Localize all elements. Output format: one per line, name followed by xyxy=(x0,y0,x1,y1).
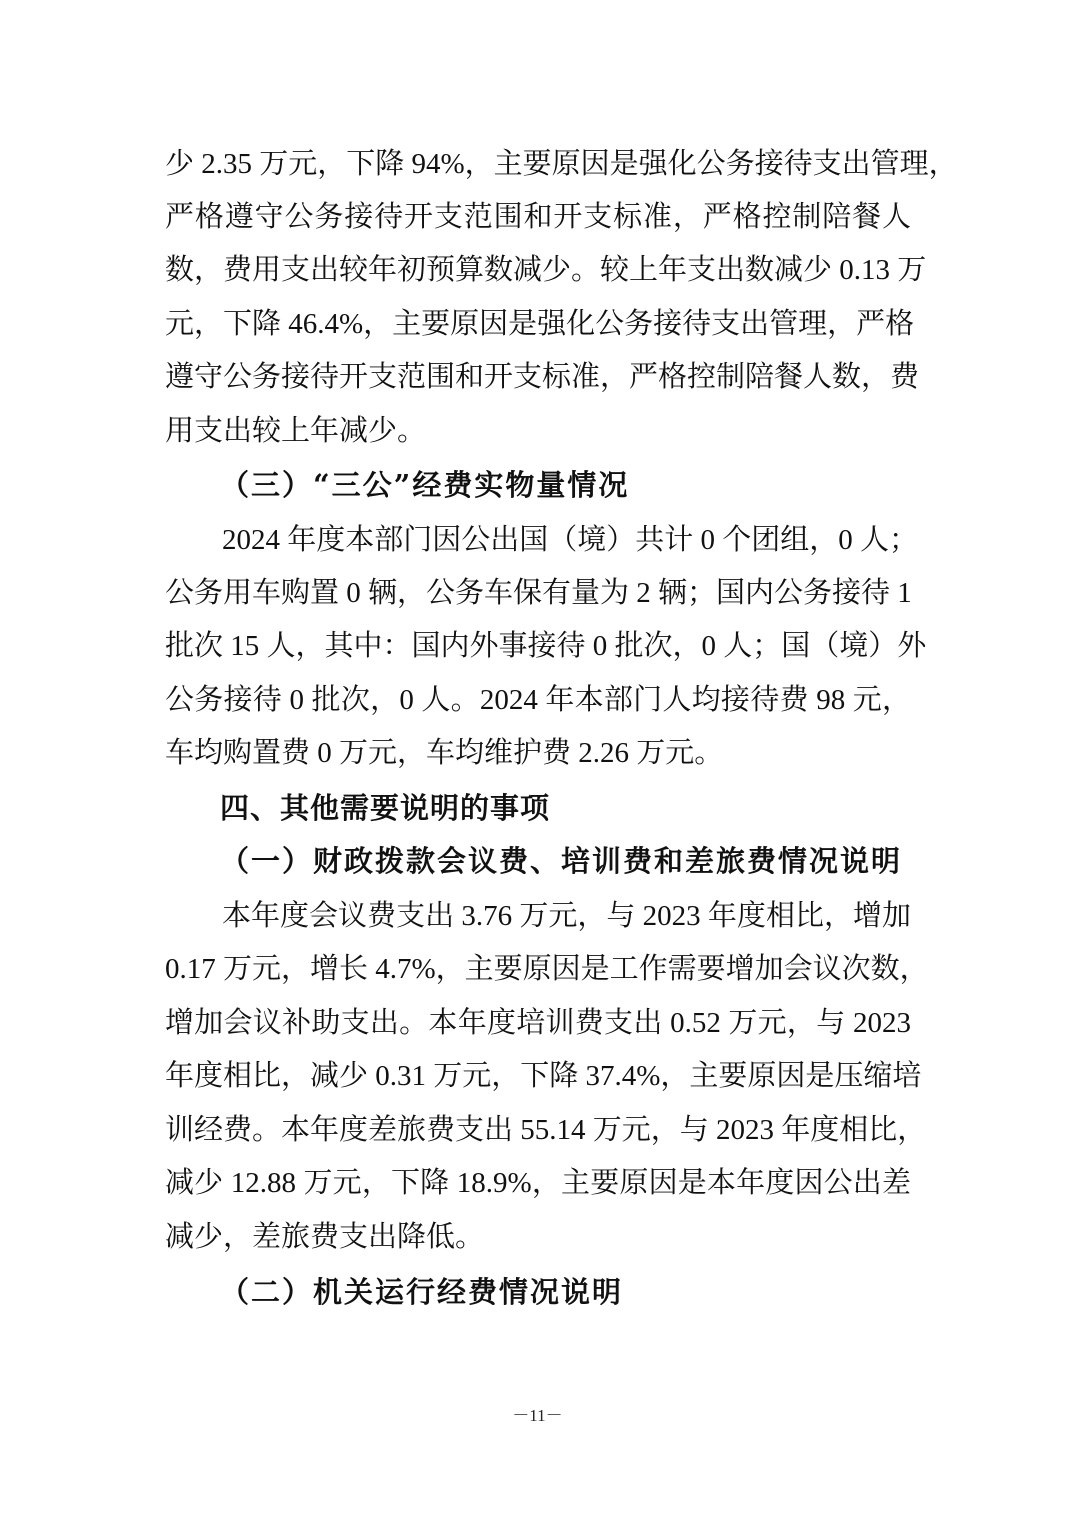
paragraph-line: 元，下降 46.4%，主要原因是强化公务接待支出管理，严格 xyxy=(165,304,911,344)
paragraph-line: 训经费。本年度差旅费支出 55.14 万元，与 2023 年度相比， xyxy=(165,1110,911,1150)
paragraph-line: 遵守公务接待开支范围和开支标准，严格控制陪餐人数，费 xyxy=(165,357,911,397)
paragraph-line: 用支出较上年减少。 xyxy=(165,411,911,451)
paragraph-line: 年度相比，减少 0.31 万元，下降 37.4%，主要原因是压缩培 xyxy=(165,1056,911,1096)
paragraph-line: 少 2.35 万元，下降 94%，主要原因是强化公务接待支出管理， xyxy=(165,144,911,184)
paragraph-line: 2024 年度本部门因公出国（境）共计 0 个团组，0 人； xyxy=(222,520,911,560)
paragraph-line: 减少 12.88 万元，下降 18.9%，主要原因是本年度因公出差 xyxy=(165,1163,911,1203)
paragraph-line: 批次 15 人，其中：国内外事接待 0 批次，0 人；国（境）外 xyxy=(165,626,911,666)
section-heading-other-matters: 四、其他需要说明的事项 xyxy=(220,788,550,828)
section-subheading-three-public-quantity: （三）“三公”经费实物量情况 xyxy=(220,465,629,505)
paragraph-line: 公务接待 0 批次，0 人。2024 年本部门人均接待费 98 元， xyxy=(165,680,911,720)
paragraph-line: 减少，差旅费支出降低。 xyxy=(165,1217,911,1257)
paragraph-line: 0.17 万元，增长 4.7%，主要原因是工作需要增加会议次数， xyxy=(165,949,911,989)
document-page: 少 2.35 万元，下降 94%，主要原因是强化公务接待支出管理， 严格遵守公务… xyxy=(0,0,1075,1520)
paragraph-line: 数，费用支出较年初预算数减少。较上年支出数减少 0.13 万 xyxy=(165,250,911,290)
page-number: －11－ xyxy=(0,1404,1075,1428)
paragraph-line: 增加会议补助支出。本年度培训费支出 0.52 万元，与 2023 xyxy=(165,1003,911,1043)
paragraph-line: 本年度会议费支出 3.76 万元，与 2023 年度相比，增加 xyxy=(222,896,911,936)
section-subheading-operating-expenses: （二）机关运行经费情况说明 xyxy=(220,1272,623,1312)
paragraph-line: 公务用车购置 0 辆，公务车保有量为 2 辆；国内公务接待 1 xyxy=(165,573,911,613)
paragraph-line: 车均购置费 0 万元，车均维护费 2.26 万元。 xyxy=(165,733,911,773)
paragraph-line: 严格遵守公务接待开支范围和开支标准，严格控制陪餐人 xyxy=(165,197,911,237)
section-subheading-meeting-training-travel: （一）财政拨款会议费、培训费和差旅费情况说明 xyxy=(220,841,902,881)
